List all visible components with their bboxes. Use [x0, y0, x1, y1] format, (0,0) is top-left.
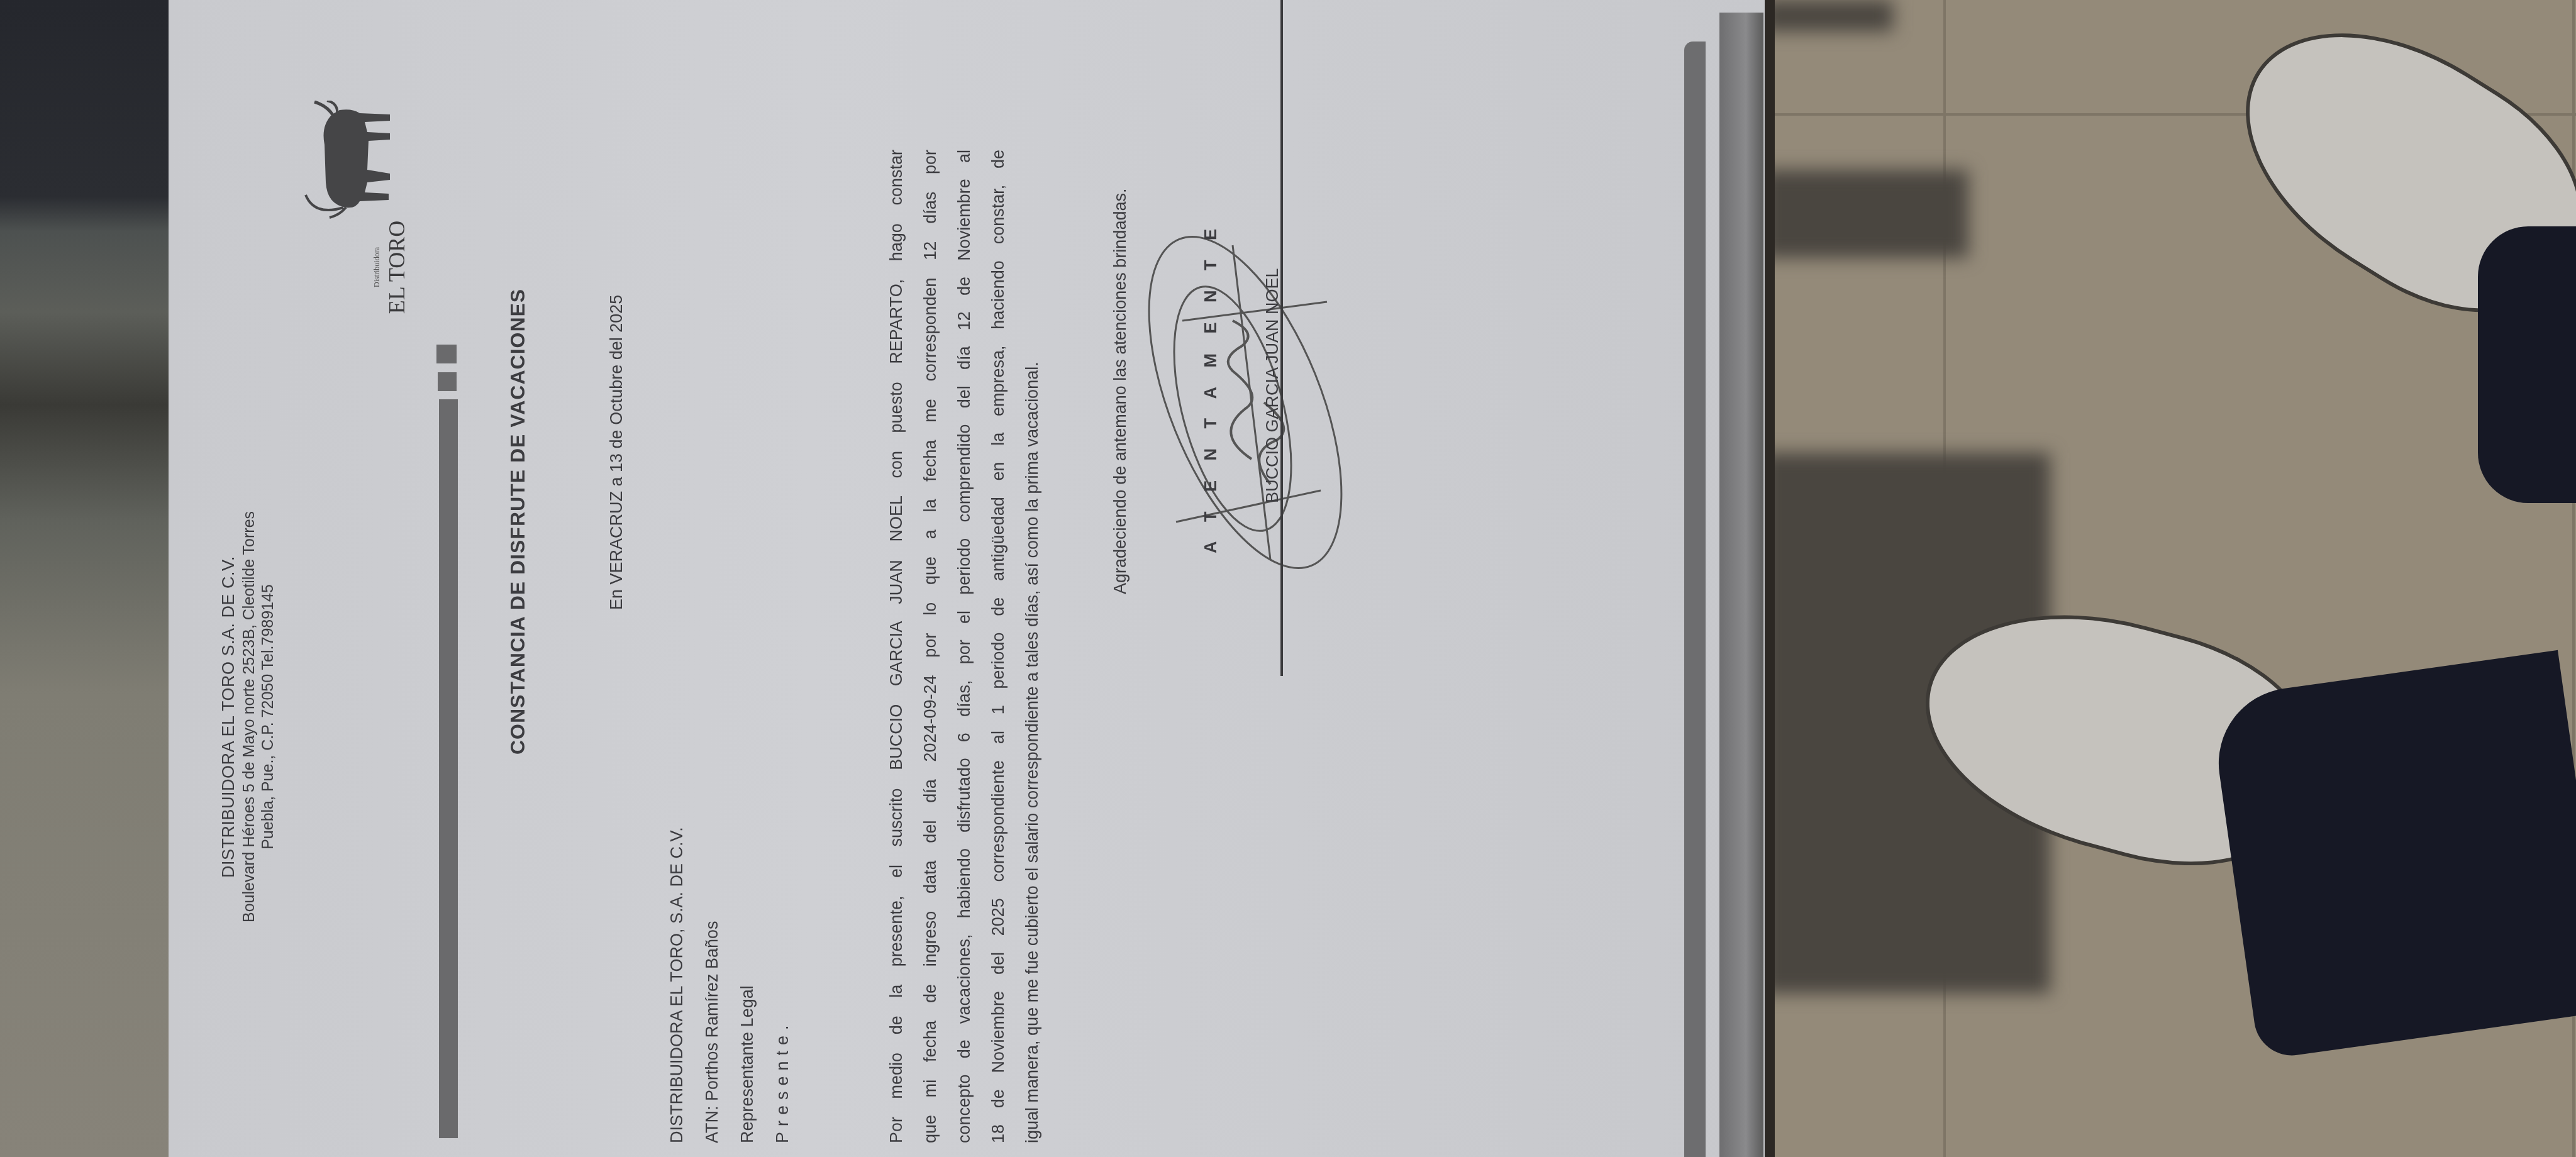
body-line: 18 de Noviembre del 2025 correspondiente…	[981, 150, 1015, 1143]
bull-icon	[302, 101, 396, 220]
letterhead-address-line2: Puebla, Pue., C.P. 72050 Tel.7989145	[258, 277, 277, 1157]
pant-leg	[2209, 650, 2576, 1060]
letterhead-address-line1: Boulevard Héroes 5 de Mayo norte 2523B, …	[240, 277, 258, 1157]
addressee-company: DISTRIBUIDORA EL TORO, S.A. DE C.V.	[659, 827, 694, 1143]
dateline: En VERACRUZ a 13 de Octubre del 2025	[607, 295, 626, 610]
body-line: Por medio de la presente, el suscrito BU…	[879, 150, 913, 1143]
signer-name: BUCCIO GARCIA JUAN NOEL	[1263, 268, 1282, 503]
addressee-attention: ATN: Porthos Ramírez Baños	[694, 827, 730, 1143]
paper-edge-shadow	[1765, 0, 1775, 1157]
body-paragraph: Por medio de la presente, el suscrito BU…	[879, 150, 1049, 1143]
shadow	[1761, 170, 1968, 258]
letter-document: DISTRIBUIDORA EL TORO S.A. DE C.V. Boule…	[170, 0, 1742, 1157]
addressee-greeting: Presente.	[765, 827, 800, 1143]
document-title: CONSTANCIA DE DISFRUTE DE VACACIONES	[506, 0, 530, 1157]
company-logo: Distribuidora EL TORO	[296, 126, 421, 314]
decorative-bar	[438, 372, 457, 391]
floor-background	[1761, 0, 2576, 1157]
letterhead-company: DISTRIBUIDORA EL TORO S.A. DE C.V.	[217, 277, 240, 1157]
closing-thanks: Agradeciendo de antemano las atenciones …	[1111, 189, 1130, 594]
addressee-role: Representante Legal	[730, 827, 765, 1143]
body-line: igual manera, que me fue cubierto el sal…	[1015, 150, 1049, 1143]
body-line: concepto de vacaciones, habiendo disfrut…	[947, 150, 981, 1143]
shadow	[1761, 0, 1893, 31]
addressee-block: DISTRIBUIDORA EL TORO, S.A. DE C.V. ATN:…	[659, 827, 800, 1143]
pant-leg	[2478, 226, 2576, 503]
logo-subtitle: Distribuidora	[372, 220, 382, 314]
decorative-bar	[439, 399, 458, 1138]
letterhead: DISTRIBUIDORA EL TORO S.A. DE C.V. Boule…	[217, 277, 277, 1157]
decorative-bar	[436, 345, 457, 363]
closing-salutation: A T E N T A M E N T E	[1201, 221, 1221, 553]
body-line: que mi fecha de ingreso data del día 202…	[913, 150, 947, 1143]
handwritten-signature-icon	[1138, 208, 1346, 597]
photo-background-left	[0, 0, 173, 1157]
logo-brand: EL TORO	[384, 220, 410, 314]
